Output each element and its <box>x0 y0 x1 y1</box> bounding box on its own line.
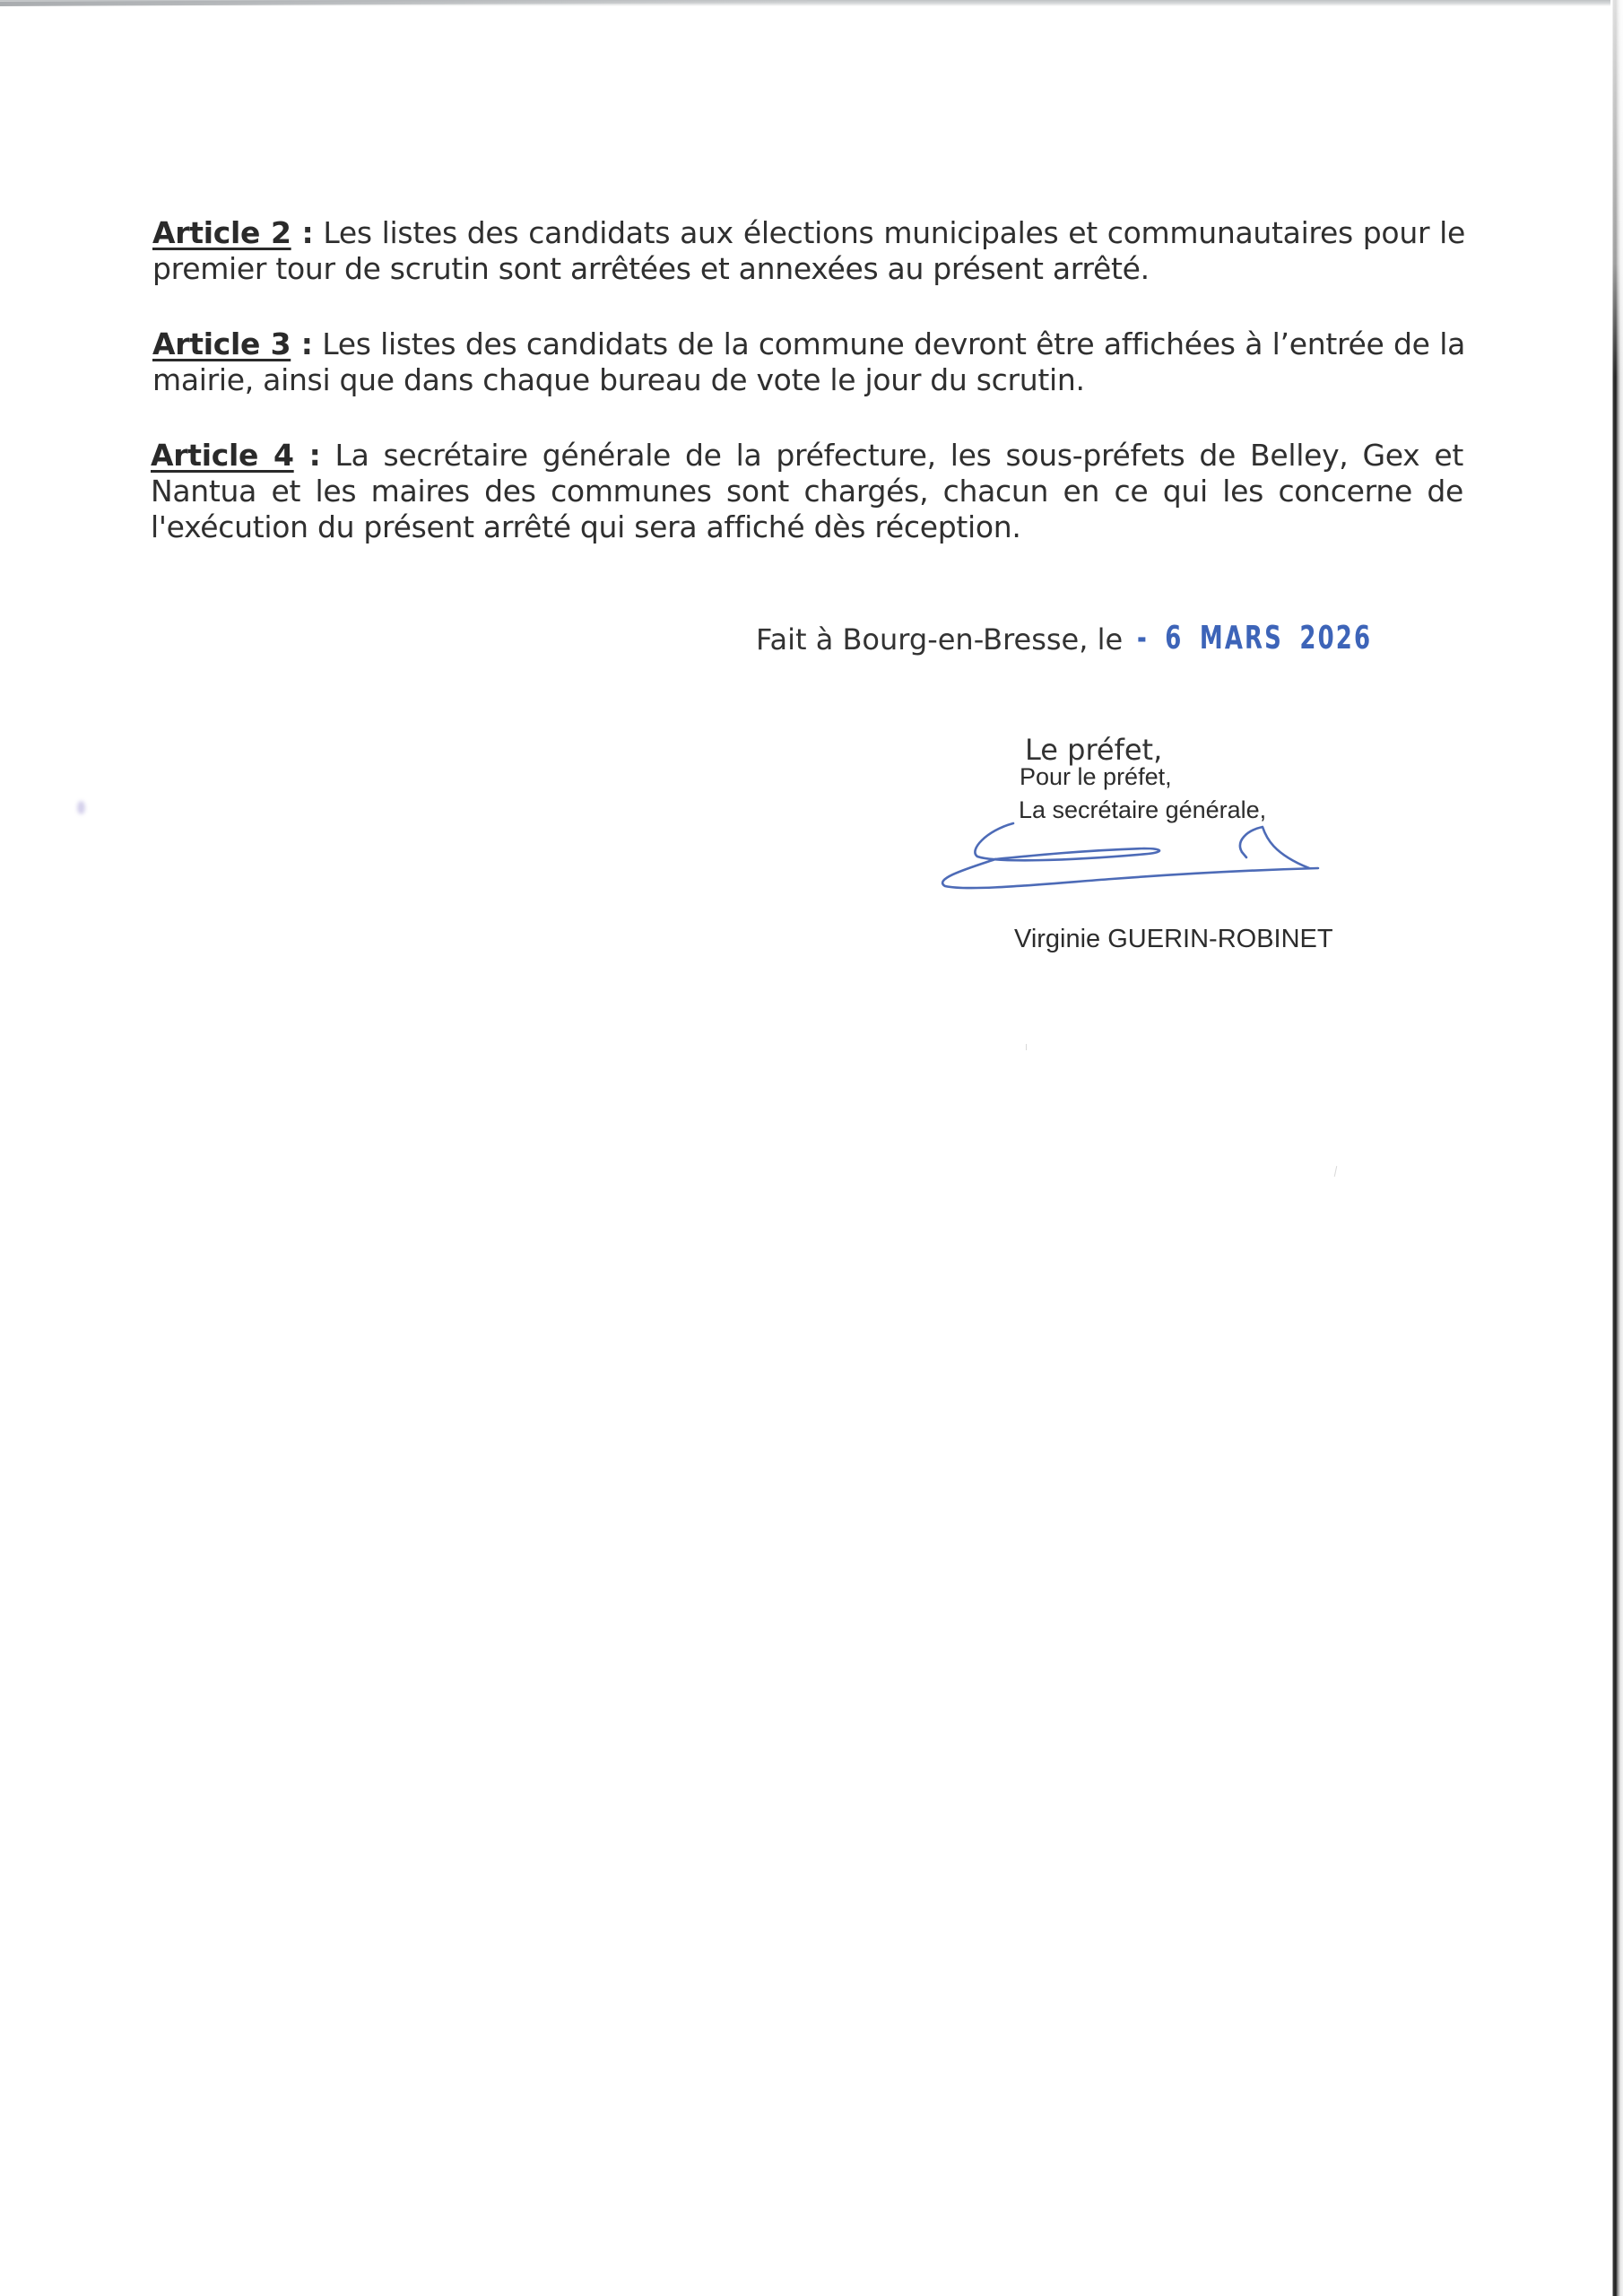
article-text: La secrétaire générale de la préfecture,… <box>151 438 1463 544</box>
scan-right-edge-fade <box>1610 0 1623 377</box>
article-text: Les listes des candidats aux élections m… <box>152 215 1465 286</box>
article-heading: Article 3 <box>152 326 291 361</box>
article-heading: Article 2 <box>152 215 291 250</box>
place-and-date-label: Fait à Bourg-en-Bresse, le <box>756 622 1123 657</box>
scan-top-edge <box>0 0 1623 6</box>
article-colon: : <box>294 438 321 473</box>
scan-dust <box>1334 1166 1337 1177</box>
scan-ink-speck <box>77 801 85 814</box>
article-text: Les listes des candidats de la commune d… <box>152 326 1465 397</box>
article-3: Article 3 : Les listes des candidats de … <box>152 326 1465 398</box>
article-heading: Article 4 <box>151 438 294 473</box>
handwritten-signature-icon <box>933 807 1345 906</box>
article-colon: : <box>291 326 312 361</box>
article-4: Article 4 : La secrétaire générale de la… <box>151 438 1463 545</box>
scan-dust <box>1026 1044 1027 1050</box>
signatory-name: Virginie GUERIN-ROBINET <box>1014 924 1333 954</box>
article-colon: : <box>291 215 314 250</box>
article-2: Article 2 : Les listes des candidats aux… <box>152 215 1465 287</box>
signatory-title: Le préfet, <box>1025 734 1162 766</box>
signatory-delegation: Pour le préfet, <box>1020 763 1172 790</box>
date-stamp: - 6 MARS 2026 <box>1137 619 1372 658</box>
